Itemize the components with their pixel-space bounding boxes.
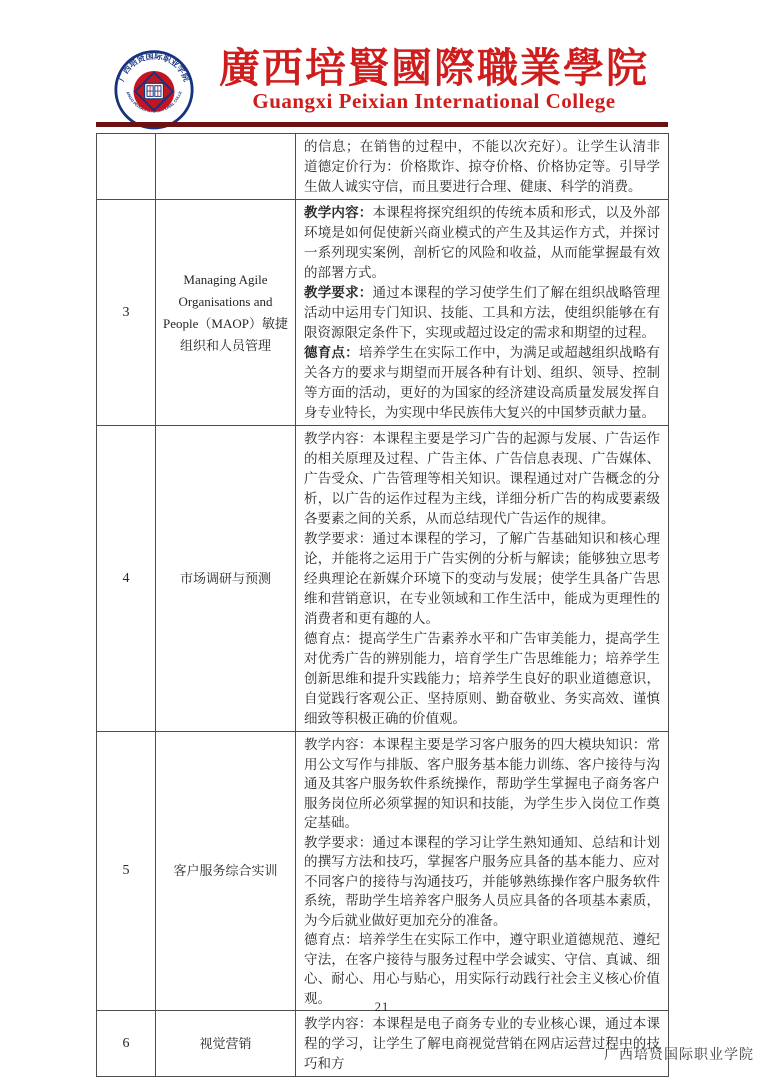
paragraph-label: 教学要求： bbox=[304, 531, 373, 546]
course-syllabus-table: 的信息；在销售的过程中，不能以次充好）。让学生认清非道德定价行为：价格欺诈、掠夺… bbox=[96, 133, 669, 1077]
page-number: 21 bbox=[96, 1000, 668, 1015]
paragraph-label: 德育点： bbox=[304, 345, 359, 360]
course-name-cell: 市场调研与预测 bbox=[156, 426, 296, 732]
course-paragraph: 的信息；在销售的过程中，不能以次充好）。让学生认清非道德定价行为：价格欺诈、掠夺… bbox=[304, 137, 660, 197]
header-divider-rule bbox=[96, 122, 668, 127]
college-name-chinese: 廣西培賢國際職業學院 bbox=[200, 46, 668, 90]
college-name-english: Guangxi Peixian International College bbox=[200, 90, 668, 113]
course-paragraph: 德育点：提高学生广告素养水平和广告审美能力，提高学生对优秀广告的辨别能力，培育学… bbox=[304, 629, 660, 729]
course-number-cell: 5 bbox=[97, 732, 156, 1011]
course-paragraph: 德育点：培养学生在实际工作中，为满足或超越组织战略有关各方的要求与期望而开展各种… bbox=[304, 343, 660, 423]
document-page: 广西培贤国际职业学院 GUANGXI PEIXIAN INTERNATIONAL… bbox=[0, 0, 764, 1080]
course-name-cell: Managing Agile Organisations and People（… bbox=[156, 200, 296, 426]
course-number-cell: 6 bbox=[97, 1011, 156, 1077]
table-row: 6 视觉营销 教学内容：本课程是电子商务专业的专业核心课，通过本课程的学习，让学… bbox=[97, 1011, 669, 1077]
course-content-cell: 的信息；在销售的过程中，不能以次充好）。让学生认清非道德定价行为：价格欺诈、掠夺… bbox=[296, 134, 669, 200]
course-paragraph: 教学内容：本课程主要是学习广告的起源与发展、广告运作的相关原理及过程、广告主体、… bbox=[304, 429, 660, 529]
course-content-cell: 教学内容：本课程主要是学习广告的起源与发展、广告运作的相关原理及过程、广告主体、… bbox=[296, 426, 669, 732]
table-row: 4 市场调研与预测 教学内容：本课程主要是学习广告的起源与发展、广告运作的相关原… bbox=[97, 426, 669, 732]
course-number-cell: 3 bbox=[97, 200, 156, 426]
college-header: 广西培贤国际职业学院 GUANGXI PEIXIAN INTERNATIONAL… bbox=[96, 46, 668, 122]
paragraph-label: 教学内容： bbox=[304, 737, 373, 752]
paragraph-label: 教学要求： bbox=[304, 285, 373, 300]
table-row: 5 客户服务综合实训 教学内容：本课程主要是学习客户服务的四大模块知识：常用公文… bbox=[97, 732, 669, 1011]
course-paragraph: 教学要求：通过本课程的学习让学生熟知通知、总结和计划的撰写方法和技巧，掌握客户服… bbox=[304, 833, 660, 931]
course-paragraph: 教学内容：本课程将探究组织的传统本质和形式，以及外部环境是如何促使新兴商业模式的… bbox=[304, 203, 660, 283]
paragraph-label: 教学内容： bbox=[304, 1016, 373, 1031]
college-title-block: 廣西培賢國際職業學院 Guangxi Peixian International… bbox=[200, 46, 668, 113]
paragraph-label: 教学要求： bbox=[304, 835, 373, 850]
course-name-cell: 视觉营销 bbox=[156, 1011, 296, 1077]
course-content-cell: 教学内容：本课程将探究组织的传统本质和形式，以及外部环境是如何促使新兴商业模式的… bbox=[296, 200, 669, 426]
seal-book-icon bbox=[145, 83, 164, 99]
course-name-cell bbox=[156, 134, 296, 200]
college-seal-logo: 广西培贤国际职业学院 GUANGXI PEIXIAN INTERNATIONAL… bbox=[108, 48, 200, 130]
course-paragraph: 教学要求：通过本课程的学习，了解广告基础知识和核心理论，并能将之运用于广告实例的… bbox=[304, 529, 660, 629]
table-row: 3 Managing Agile Organisations and Peopl… bbox=[97, 200, 669, 426]
course-paragraph: 德育点：培养学生在实际工作中，遵守职业道德规范、遵纪守法，在客户接待与服务过程中… bbox=[304, 930, 660, 1008]
course-content-cell: 教学内容：本课程主要是学习客户服务的四大模块知识：常用公文写作与排版、客户服务基… bbox=[296, 732, 669, 1011]
course-number-cell bbox=[97, 134, 156, 200]
footer-watermark: 广西培贤国际职业学院 bbox=[604, 1044, 754, 1064]
course-number-cell: 4 bbox=[97, 426, 156, 732]
course-paragraph: 教学要求：通过本课程的学习使学生们了解在组织战略管理活动中运用专门知识、技能、工… bbox=[304, 283, 660, 343]
table-row: 的信息；在销售的过程中，不能以次充好）。让学生认清非道德定价行为：价格欺诈、掠夺… bbox=[97, 134, 669, 200]
course-paragraph: 教学内容：本课程主要是学习客户服务的四大模块知识：常用公文写作与排版、客户服务基… bbox=[304, 735, 660, 833]
paragraph-label: 德育点： bbox=[304, 631, 359, 646]
paragraph-label: 德育点： bbox=[304, 932, 359, 947]
paragraph-label: 教学内容： bbox=[304, 431, 373, 446]
paragraph-label: 教学内容： bbox=[304, 205, 373, 220]
course-name-cell: 客户服务综合实训 bbox=[156, 732, 296, 1011]
